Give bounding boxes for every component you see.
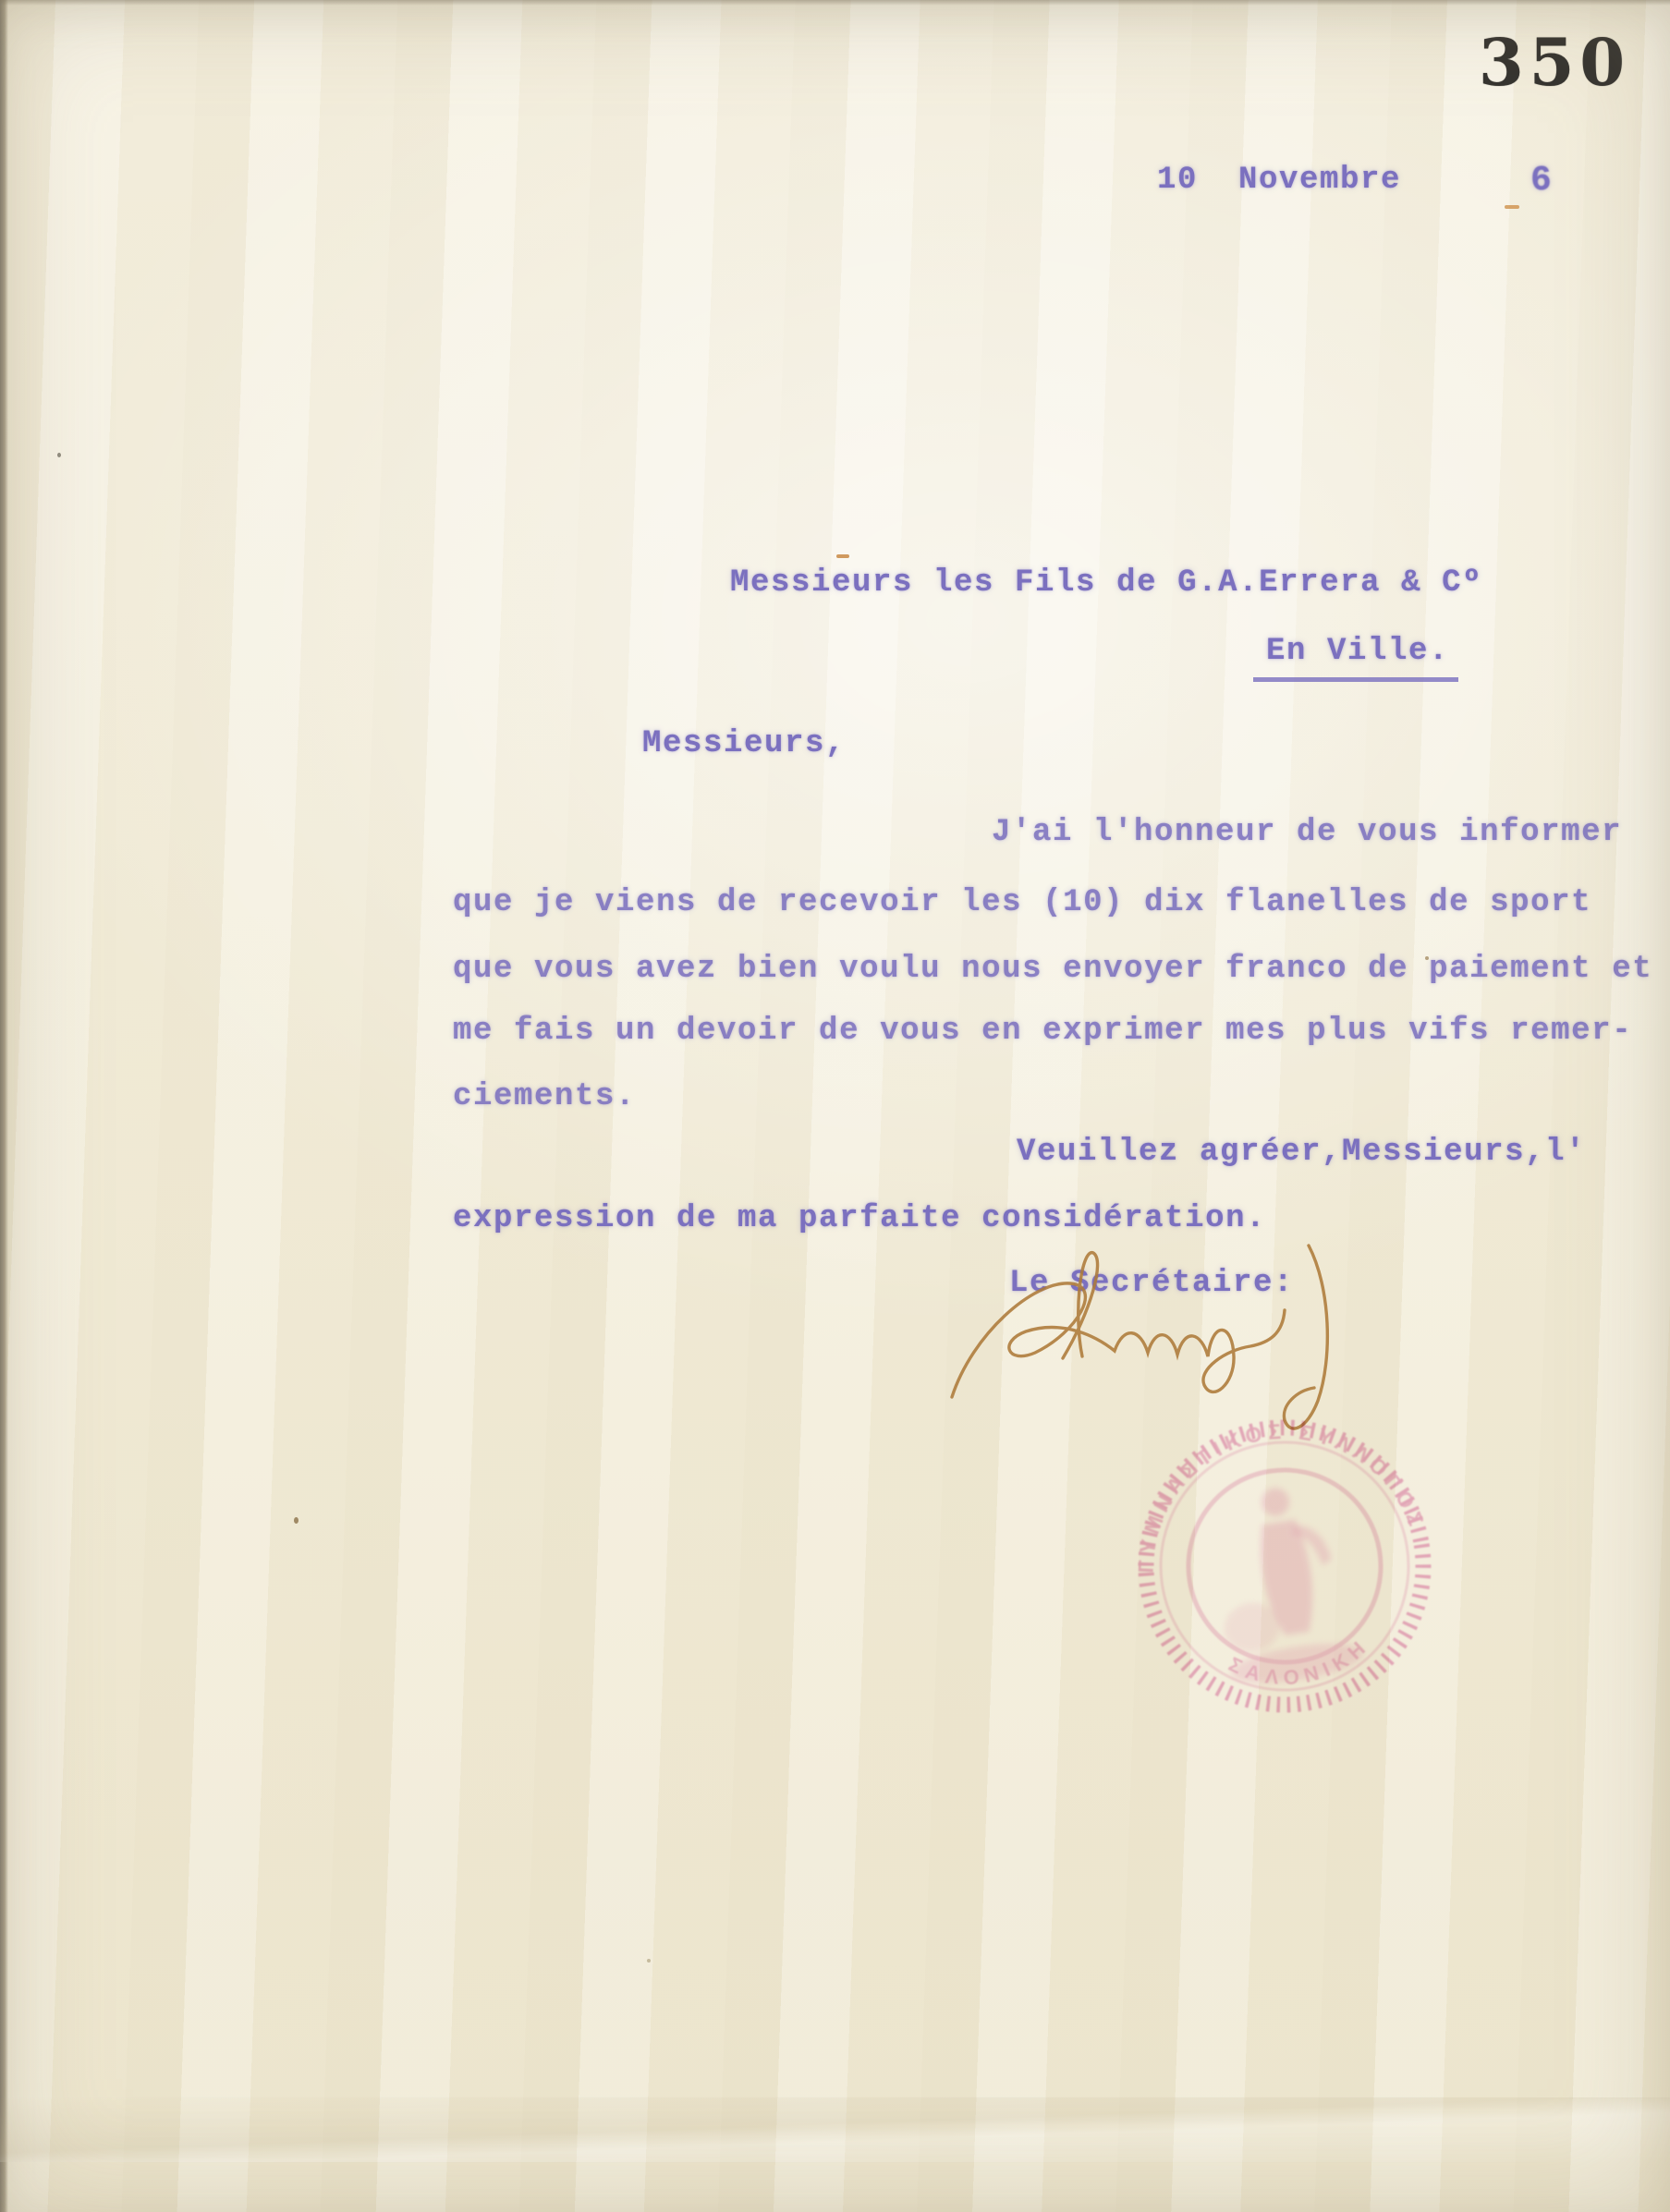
body-line: ciements. xyxy=(453,1079,636,1114)
scan-left-edge xyxy=(0,0,8,2212)
date-line: 10 Novembre 6 xyxy=(1157,163,1591,203)
page-number: 350 xyxy=(1479,24,1630,101)
salutation: Messieurs, xyxy=(642,726,846,761)
closing-line: Veuillez agréer,Messieurs,l' xyxy=(1017,1135,1586,1170)
signature-stroke xyxy=(952,1283,1285,1397)
scanned-letter-page: 350 10 Novembre 6 Messieurs les Fils de … xyxy=(0,0,1670,2212)
body-line: J'ai l'honneur de vous informer xyxy=(992,815,1622,850)
body-line: que vous avez bien voulu nous envoyer fr… xyxy=(453,952,1652,987)
paper-speck xyxy=(647,1959,651,1963)
paper-speck xyxy=(836,554,849,558)
paper-speck xyxy=(294,1517,299,1524)
scan-top-edge xyxy=(0,0,1670,6)
stamp-figure-head xyxy=(1260,1487,1291,1518)
paper-speck xyxy=(57,453,61,457)
recipient-location: En Ville. xyxy=(1253,634,1458,682)
body-line: me fais un devoir de vous en exprimer me… xyxy=(453,1014,1632,1049)
rubber-stamp: ΓΥΜΝΑΣΤΙΚΟΣ ΣΥΛΛΟΓΟΣ ΣΑΛΟΝΙΚΗ xyxy=(1104,1391,1465,1751)
date-day: 10 xyxy=(1157,163,1198,198)
date-month: Novembre xyxy=(1238,163,1401,198)
paper-crease xyxy=(0,2097,1670,2162)
recipient-line: Messieurs les Fils de G.A.Errera & Cº xyxy=(730,565,1482,601)
date-year-fragment: 6 xyxy=(1530,161,1553,201)
body-line: que je viens de recevoir les (10) dix fl… xyxy=(453,885,1591,920)
paper-speck xyxy=(1505,205,1519,209)
signature-stroke xyxy=(1063,1253,1098,1358)
